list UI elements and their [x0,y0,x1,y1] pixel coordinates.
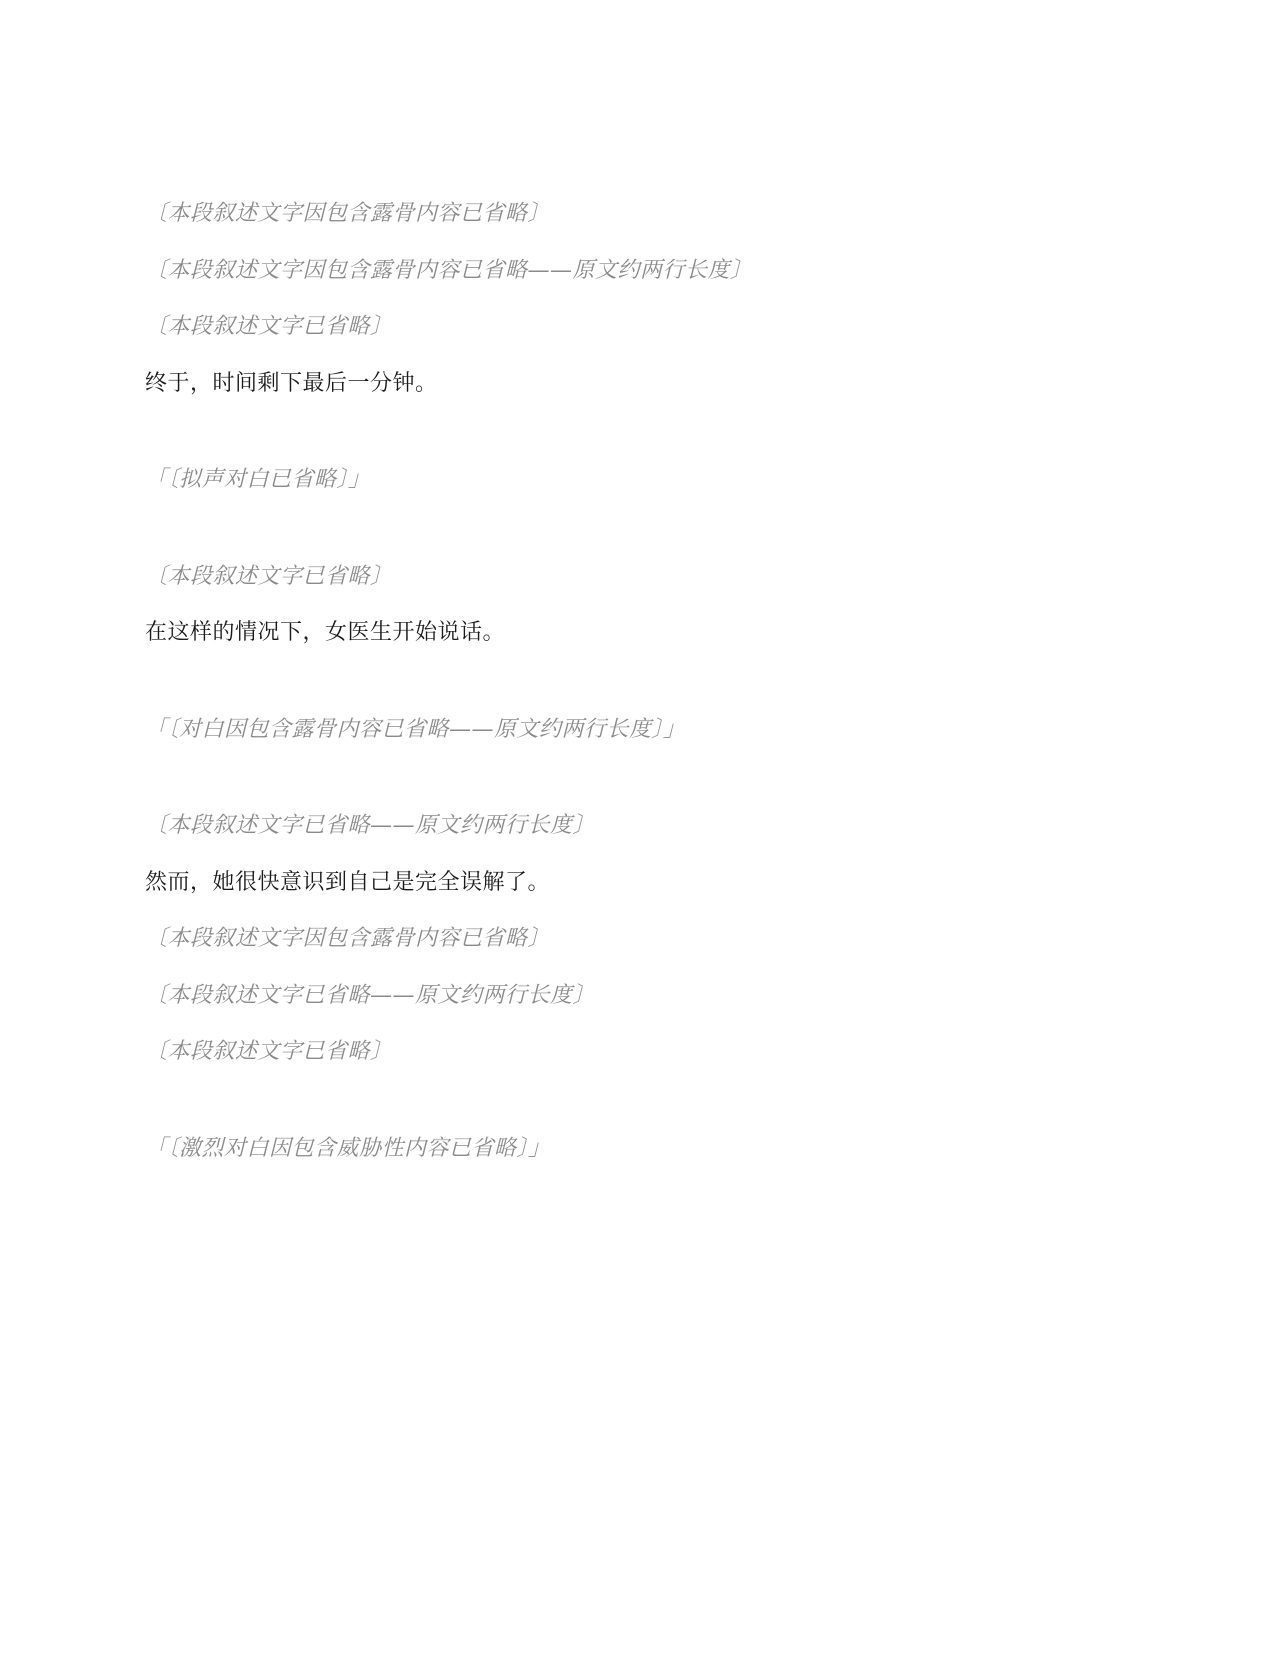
narration-paragraph: 〔本段叙述文字已省略——原文约两行长度〕 [145,807,1085,846]
novel-page: 〔本段叙述文字因包含露骨内容已省略〕〔本段叙述文字因包含露骨内容已省略——原文约… [0,0,1280,1656]
narration-paragraph: 在这样的情况下，女医生开始说话。 [145,614,1085,653]
dialogue-paragraph: 「〔拟声对白已省略〕」 [145,461,1085,500]
narration-paragraph: 〔本段叙述文字因包含露骨内容已省略〕 [145,195,1085,234]
narration-paragraph: 〔本段叙述文字已省略——原文约两行长度〕 [145,977,1085,1016]
narration-paragraph: 〔本段叙述文字因包含露骨内容已省略——原文约两行长度〕 [145,252,1085,291]
dialogue-paragraph: 「〔激烈对白因包含威胁性内容已省略〕」 [145,1130,1085,1169]
text-column: 〔本段叙述文字因包含露骨内容已省略〕〔本段叙述文字因包含露骨内容已省略——原文约… [145,195,1085,1226]
narration-paragraph: 〔本段叙述文字已省略〕 [145,1033,1085,1072]
narration-paragraph: 〔本段叙述文字已省略〕 [145,308,1085,347]
narration-paragraph: 终于，时间剩下最后一分钟。 [145,365,1085,404]
narration-paragraph: 〔本段叙述文字已省略〕 [145,558,1085,597]
dialogue-paragraph: 「〔对白因包含露骨内容已省略——原文约两行长度〕」 [145,711,1085,750]
narration-paragraph: 然而，她很快意识到自己是完全误解了。 [145,864,1085,903]
narration-paragraph: 〔本段叙述文字因包含露骨内容已省略〕 [145,920,1085,959]
